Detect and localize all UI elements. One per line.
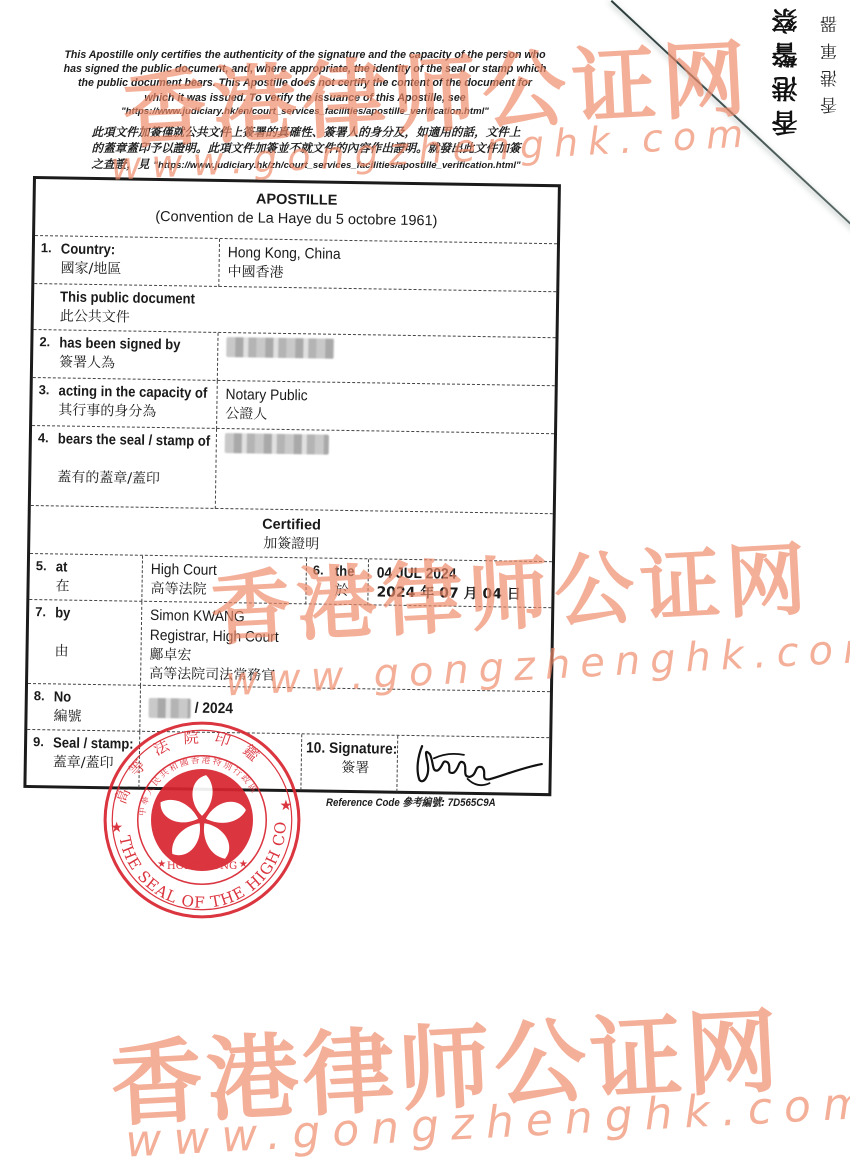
- preamble-line: 的蓋章蓋印予以證明。此項文件加簽並不就文件的內容作出證明。就發出此文件加簽: [48, 140, 564, 156]
- field-number: 6.: [313, 562, 324, 577]
- high-court-seal: 高等法院印鑑 中華人民共和國香港特別行政區 HONG KONG THE SEAL…: [100, 718, 304, 922]
- field-label-zh: 簽署: [341, 760, 369, 776]
- registrar-name-zh: 鄺卓宏: [149, 647, 191, 664]
- field-label: at: [56, 558, 68, 577]
- apostille-certificate: APOSTILLE (Convention de La Haye du 5 oc…: [23, 176, 561, 796]
- date-value: 04 JUL 2024: [377, 563, 457, 583]
- preamble-line: the public document bears. This Apostill…: [50, 76, 560, 90]
- field-value: High Court: [151, 560, 217, 580]
- registrar-title-zh: 高等法院司法常務官: [149, 666, 275, 684]
- registrar-signature: [407, 740, 548, 790]
- police-stamp-main: 香港警察: [768, 0, 800, 136]
- svg-text:★: ★: [157, 859, 166, 870]
- field-value: Notary Public: [225, 385, 307, 405]
- field-label: the: [335, 563, 355, 582]
- field-label-zh: 編號: [53, 708, 81, 724]
- field-number: 5.: [36, 558, 47, 573]
- field-value-zh: 高等法院: [150, 581, 206, 598]
- verification-url-zh[interactable]: "https://www.judiciary.hk/zh/court_servi…: [153, 160, 520, 171]
- field-seal-of: 4. bears the seal / stamp of蓋有的蓋章/蓋印: [31, 425, 554, 514]
- field-label: has been signed by: [59, 334, 180, 355]
- svg-text:★: ★: [110, 820, 123, 836]
- svg-text:★: ★: [239, 859, 248, 870]
- police-stamp-sub: 香港軍器: [818, 6, 842, 114]
- field-label-zh: 簽署人為: [59, 354, 115, 371]
- svg-text:★: ★: [280, 798, 293, 814]
- field-number: 1.: [41, 240, 52, 255]
- field-value-zh: 公證人: [225, 406, 267, 423]
- preamble-line: has signed the public document, and, whe…: [50, 62, 560, 76]
- watermark-text: 香港律师公证网: [107, 978, 785, 1145]
- redacted-seal-name: [225, 433, 329, 455]
- paper-fold-edge: [611, 0, 850, 247]
- field-label-zh: 國家/地區: [60, 260, 121, 277]
- title-row: APOSTILLE (Convention de La Haye du 5 oc…: [35, 179, 558, 243]
- field-number: 9.: [33, 734, 44, 749]
- watermark-url: www.gongzhenghk.com: [124, 1077, 850, 1165]
- field-label: acting in the capacity of: [58, 382, 207, 403]
- field-label: bears the seal / stamp of: [58, 430, 211, 451]
- field-label-zh: 在: [55, 578, 69, 594]
- preamble-line: which it was issued. To verify the issua…: [50, 91, 560, 105]
- reference-code: Reference Code 參考編號: 7D565C9A: [326, 794, 496, 810]
- field-label-zh: 其行事的身分為: [58, 402, 156, 420]
- preamble-line: 此項文件加簽僅就公共文件上簽署的真確性、簽署人的身分及，如適用的話，文件上: [48, 124, 564, 140]
- preamble-line: 之查證，見: [91, 157, 149, 171]
- registrar-name: Simon KWANG: [150, 606, 245, 626]
- field-label: 10. Signature:: [306, 738, 398, 758]
- svg-text:HONG KONG: HONG KONG: [167, 861, 237, 872]
- field-label: by: [55, 604, 71, 623]
- field-number: 3.: [39, 382, 50, 397]
- field-number: 2.: [39, 334, 50, 349]
- field-value-zh: 中國香港: [227, 264, 283, 281]
- date-value-zh: 2024 年 07 月 04 日: [376, 584, 521, 602]
- verification-url-en[interactable]: "https://www.judiciary.hk/en/court_servi…: [50, 105, 560, 119]
- field-label-zh: 於: [334, 583, 348, 599]
- field-label: Country:: [61, 240, 116, 260]
- preamble-line: This Apostille only certifies the authen…: [50, 48, 560, 62]
- field-by: 7. by由 Simon KWANG Registrar, High Court…: [28, 599, 551, 692]
- field-number: 4.: [38, 430, 49, 445]
- field-number: 7.: [35, 604, 46, 619]
- registrar-title: Registrar, High Court: [150, 626, 279, 647]
- field-label-zh: 由: [54, 643, 68, 659]
- redacted-apostille-number: [149, 698, 191, 719]
- field-label: This public document: [60, 288, 195, 309]
- field-value: Hong Kong, China: [228, 243, 341, 264]
- preamble-chinese: 此項文件加簽僅就公共文件上簽署的真確性、簽署人的身分及，如適用的話，文件上 的蓋…: [48, 124, 564, 174]
- field-number: 8.: [34, 688, 45, 703]
- field-label: No: [54, 688, 72, 707]
- redacted-signer-name: [226, 337, 334, 359]
- preamble-english: This Apostille only certifies the authen…: [50, 48, 560, 119]
- field-label-zh: 蓋有的蓋章/蓋印: [57, 469, 160, 487]
- apostille-number-year: / 2024: [195, 699, 234, 719]
- field-label-zh: 此公共文件: [60, 308, 130, 325]
